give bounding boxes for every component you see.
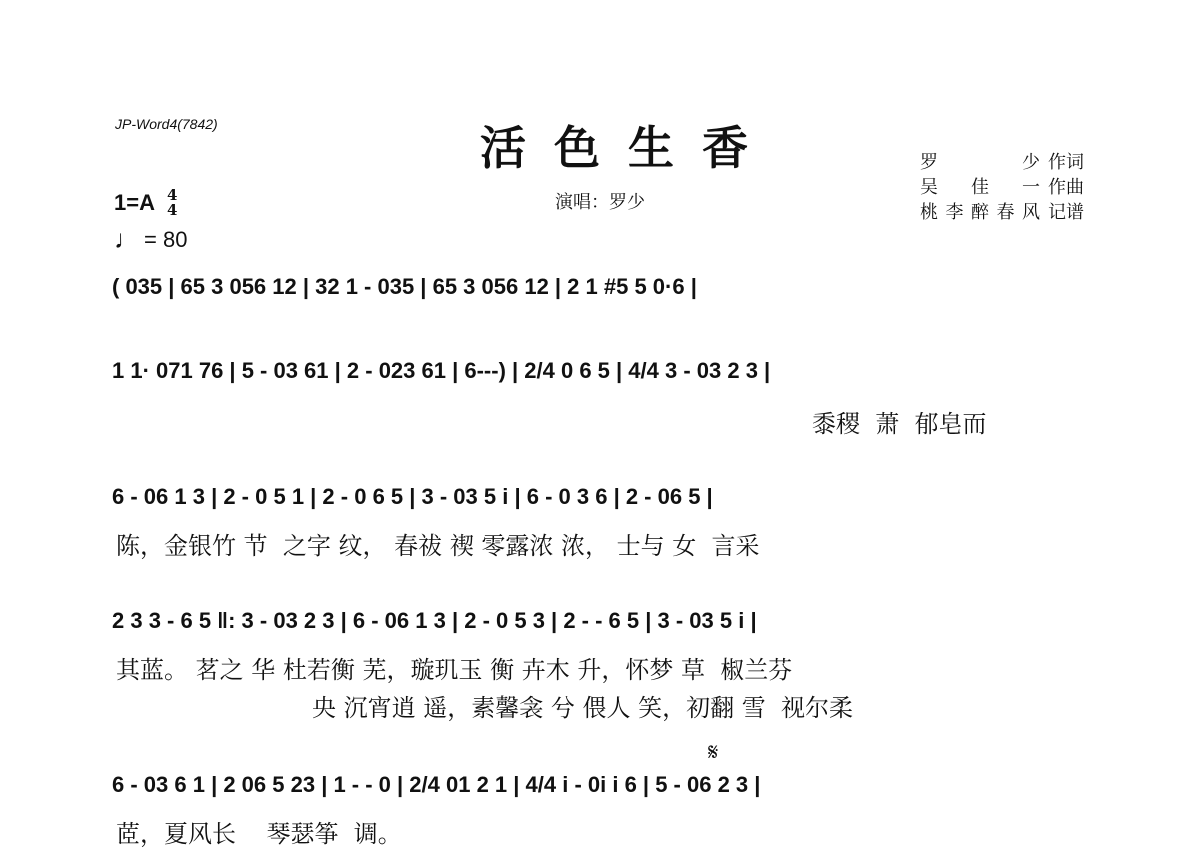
system-2-lyrics: 黍稷 萧 郁皂而 <box>812 404 987 439</box>
system-4-lyrics-verse1: 其蓝。 茗之 华 杜若衡 芜，璇玑玉 衡 卉木 升，怀梦 草 椒兰芬 <box>116 650 792 685</box>
credit-lyricist: 罗 少作词 <box>920 150 1084 175</box>
quarter-note-icon: ♩ <box>114 224 140 255</box>
key-signature: 1=A 44 <box>114 188 177 218</box>
credit-composer: 吴 佳 一作曲 <box>920 175 1084 200</box>
time-signature: 44 <box>167 188 177 218</box>
system-5-lyrics: 茝，夏风长 琴瑟筝 调。 <box>116 814 402 849</box>
credit-transcriber: 桃李醉春风记谱 <box>920 200 1084 225</box>
tempo-mark: ♩ = 80 <box>114 224 187 255</box>
system-2-notes: 1 1· 071 76 | 5 - 03 61 | 2 - 023 61 | 6… <box>112 358 1092 384</box>
system-4-lyrics-verse2: 央 沉宵逍 遥，素馨衾 兮 偎人 笑，初翻 雪 视尔柔 <box>312 688 853 723</box>
system-3-lyrics: 陈，金银竹 节 之字 纹， 春祓 禊 零露浓 浓， 士与 女 言采 <box>116 526 760 561</box>
credits: 罗 少作词 吴 佳 一作曲 桃李醉春风记谱 <box>920 150 1084 225</box>
system-1-notes: ( 035 | 65 3 056 12 | 32 1 - 035 | 65 3 … <box>112 274 1092 300</box>
system-3-notes: 6 - 06 1 3 | 2 - 0 5 1 | 2 - 0 6 5 | 3 -… <box>112 484 1092 510</box>
segno-icon: 𝄋 <box>708 738 718 766</box>
system-4-notes: 2 3 3 - 6 5 ‖: 3 - 03 2 3 | 6 - 06 1 3 |… <box>112 608 1092 634</box>
system-5-notes: 6 - 03 6 1 | 2 06 5 23 | 1 - - 0 | 2/4 0… <box>112 772 1092 798</box>
